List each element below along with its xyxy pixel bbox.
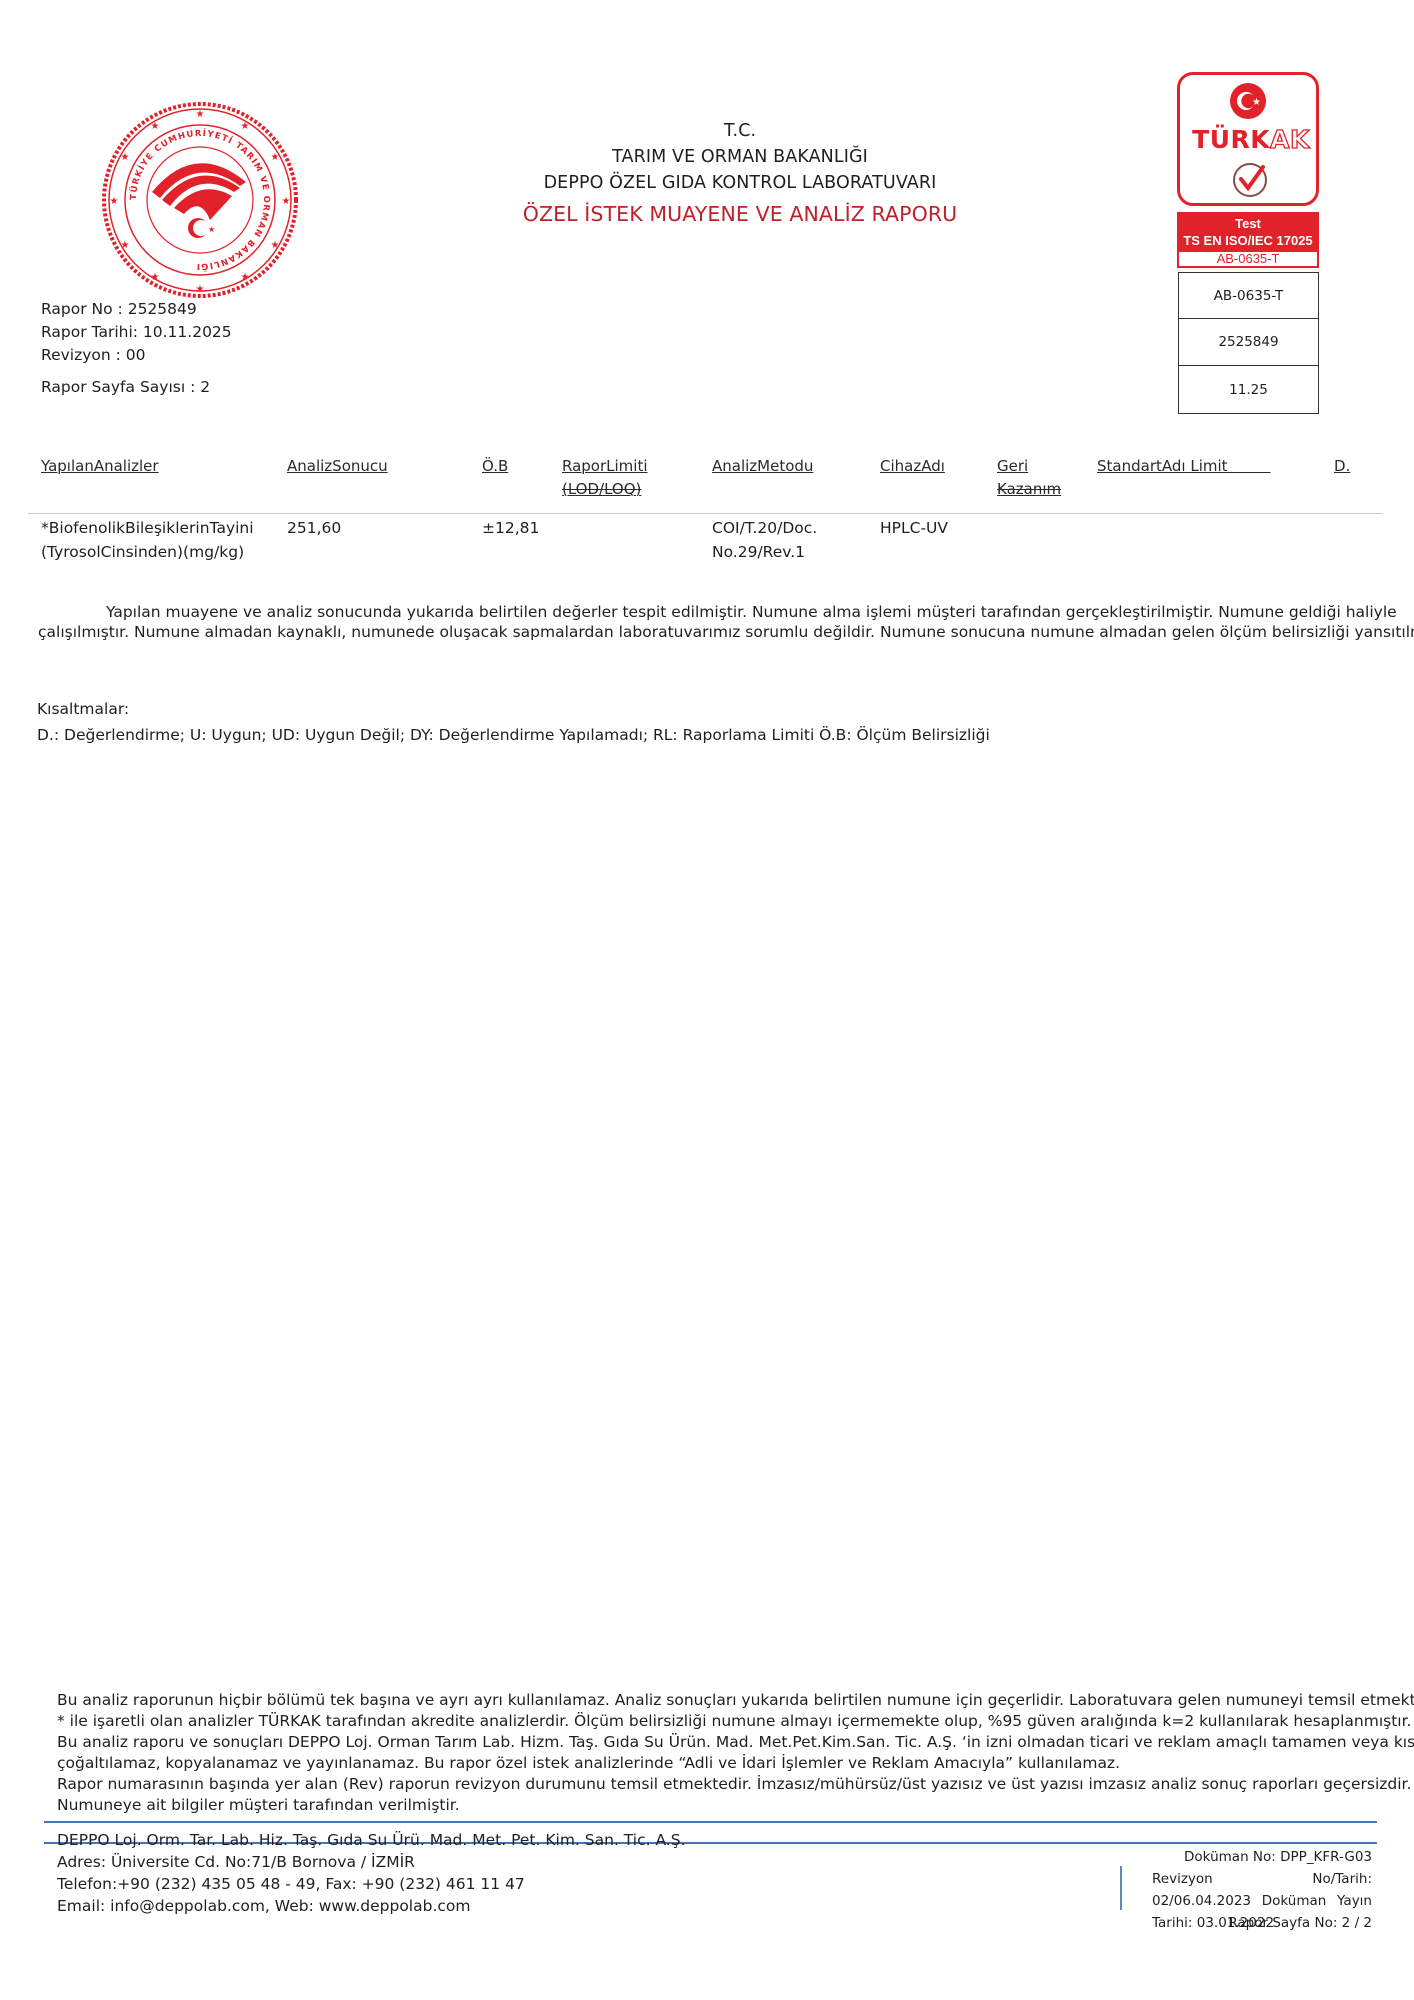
svg-text:★: ★ — [241, 121, 250, 132]
svg-text:★: ★ — [110, 196, 119, 207]
publish-date-and-page: Tarihi: 03.01.2022 Rapor Sayfa No: 2 / 2 — [1152, 1912, 1372, 1934]
column-header-analyses: YapılanAnalizler — [41, 455, 159, 478]
svg-text:★: ★ — [151, 121, 160, 132]
report-title: ÖZEL İSTEK MUAYENE VE ANALİZ RAPORU — [480, 202, 1000, 226]
report-number: Rapor No : 2525849 — [41, 300, 197, 318]
revision-value: 02/06.04.2023DokümanYayın — [1152, 1890, 1372, 1912]
cell-result: 251,60 — [287, 516, 341, 540]
company-info: DEPPO Loj. Orm. Tar. Lab. Hiz. Taş. Gıda… — [57, 1829, 686, 1917]
abbreviations-title: Kısaltmalar: — [37, 700, 129, 718]
header-tc: T.C. — [480, 121, 1000, 141]
accreditation-standard-band: Test TS EN ISO/IEC 17025 — [1177, 212, 1319, 252]
ministry-seal-icon: ★ ★ ★ ★ ★ ★ ★ ★ ★ ★ ★ ★ TÜRKİYE CUMHURİY… — [100, 100, 300, 300]
company-phone: Telefon:+90 (232) 435 05 48 - 49, Fax: +… — [57, 1873, 686, 1895]
column-header-report-limit: RaporLimiti (LOD/LOQ) — [562, 455, 648, 501]
svg-text:★: ★ — [196, 284, 205, 295]
svg-text:★: ★ — [241, 272, 250, 283]
report-date: Rapor Tarihi: 10.11.2025 — [41, 323, 232, 341]
document-info: Doküman No: DPP_KFR-G03 RevizyonNo/Tarih… — [1152, 1846, 1372, 1934]
cell-uncertainty: ±12,81 — [482, 516, 539, 540]
accreditation-code: AB-0635-T — [1177, 251, 1319, 268]
turkak-accreditation-logo: ★ TÜRKAK Test TS EN ISO/IEC 17025 AB-063… — [1177, 72, 1321, 266]
revision: Revizyon : 00 — [41, 346, 146, 364]
svg-text:★: ★ — [271, 152, 280, 163]
column-header-uncertainty: Ö.B — [482, 455, 508, 478]
document-number: Doküman No: DPP_KFR-G03 — [1152, 1846, 1372, 1868]
turkak-frame: ★ TÜRKAK — [1177, 72, 1319, 206]
cell-device: HPLC-UV — [880, 516, 948, 540]
svg-text:★: ★ — [121, 240, 130, 251]
svg-text:★: ★ — [121, 152, 130, 163]
page-count: Rapor Sayfa Sayısı : 2 — [41, 378, 210, 396]
turkak-wordmark: TÜRKAK — [1180, 125, 1322, 154]
svg-text:★: ★ — [282, 196, 291, 207]
abbreviations-text: D.: Değerlendirme; U: Uygun; UD: Uygun D… — [37, 726, 990, 744]
footer-rule-top — [44, 1821, 1377, 1823]
svg-text:★: ★ — [1252, 97, 1261, 108]
doc-info-divider — [1120, 1866, 1122, 1910]
svg-text:★: ★ — [271, 240, 280, 251]
statement-paragraph: Yapılan muayene ve analiz sonucunda yuka… — [38, 602, 1414, 642]
turkish-flag-icon: ★ — [1228, 81, 1268, 121]
column-header-evaluation: D. — [1334, 455, 1350, 478]
cell-analysis: *BiofenolikBileşiklerinTayini (TyrosolCi… — [41, 516, 281, 564]
company-name: DEPPO Loj. Orm. Tar. Lab. Hiz. Taş. Gıda… — [57, 1829, 686, 1851]
accreditation-number-box: AB-0635-T — [1178, 272, 1319, 319]
period-box: 11.25 — [1178, 365, 1319, 414]
report-number-box: 2525849 — [1178, 318, 1319, 366]
table-divider — [28, 513, 1383, 514]
header-laboratory: DEPPO ÖZEL GIDA KONTROL LABORATUVARI — [480, 173, 1000, 193]
disclaimer-block: Bu analiz raporunun hiçbir bölümü tek ba… — [57, 1690, 1414, 1816]
svg-text:★: ★ — [151, 272, 160, 283]
svg-text:★: ★ — [208, 225, 215, 234]
column-header-standard: StandartAdı Limit — [1097, 455, 1270, 478]
revision-label: RevizyonNo/Tarih: — [1152, 1868, 1372, 1890]
checkmark-icon — [1231, 161, 1269, 199]
column-header-method: AnalizMetodu — [712, 455, 813, 478]
column-header-device: CihazAdı — [880, 455, 945, 478]
column-header-result: AnalizSonucu — [287, 455, 388, 478]
column-header-recovery: Geri Kazanım — [997, 455, 1061, 501]
company-address: Adres: Üniversite Cd. No:71/B Bornova / … — [57, 1851, 686, 1873]
cell-method: COI/T.20/Doc. No.29/Rev.1 — [712, 516, 852, 564]
svg-text:★: ★ — [196, 109, 205, 120]
header-ministry: TARIM VE ORMAN BAKANLIĞI — [480, 147, 1000, 167]
company-email-web: Email: info@deppolab.com, Web: www.deppo… — [57, 1895, 686, 1917]
